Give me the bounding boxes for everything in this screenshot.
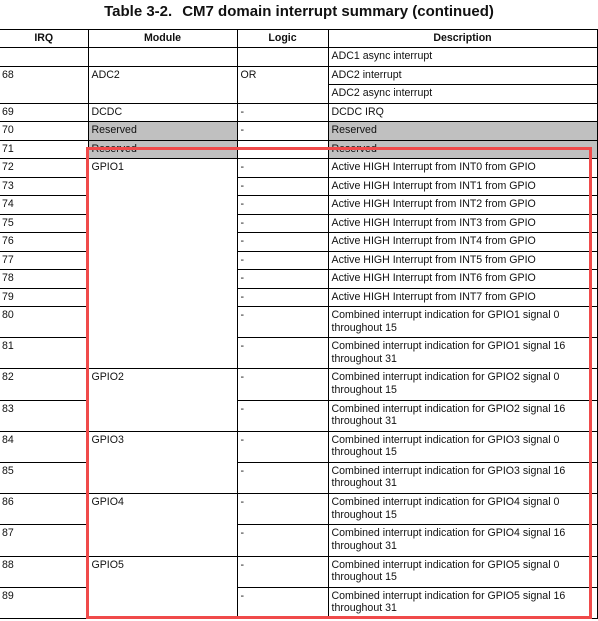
irq-cell: 71 bbox=[0, 140, 88, 159]
irq-cell bbox=[0, 48, 88, 67]
irq-cell: 83 bbox=[0, 400, 88, 431]
description-cell: Active HIGH Interrupt from INT7 from GPI… bbox=[328, 288, 597, 307]
description-cell: Active HIGH Interrupt from INT3 from GPI… bbox=[328, 214, 597, 233]
irq-cell: 85 bbox=[0, 462, 88, 493]
logic-cell: - bbox=[237, 196, 328, 215]
irq-cell: 80 bbox=[0, 307, 88, 338]
description-cell: Active HIGH Interrupt from INT1 from GPI… bbox=[328, 177, 597, 196]
logic-cell: - bbox=[237, 369, 328, 400]
irq-cell: 88 bbox=[0, 556, 88, 587]
description-cell: Reserved bbox=[328, 140, 597, 159]
logic-cell: - bbox=[237, 556, 328, 587]
description-cell: Active HIGH Interrupt from INT2 from GPI… bbox=[328, 196, 597, 215]
table-row: 84 GPIO3 - Combined interrupt indication… bbox=[0, 431, 597, 462]
description-cell: ADC2 async interrupt bbox=[328, 85, 597, 104]
table-row-reserved: 71 Reserved - Reserved bbox=[0, 140, 597, 159]
description-cell: Combined interrupt indication for GPIO2 … bbox=[328, 369, 597, 400]
description-cell: Active HIGH Interrupt from INT6 from GPI… bbox=[328, 270, 597, 289]
description-cell: Combined interrupt indication for GPIO3 … bbox=[328, 462, 597, 493]
table-row: 69 DCDC - DCDC IRQ bbox=[0, 103, 597, 122]
description-cell: Active HIGH Interrupt from INT0 from GPI… bbox=[328, 159, 597, 178]
logic-cell: - bbox=[237, 494, 328, 525]
logic-cell: - bbox=[237, 159, 328, 178]
description-cell: Combined interrupt indication for GPIO1 … bbox=[328, 307, 597, 338]
module-cell bbox=[88, 48, 237, 67]
table-row: 86 GPIO4 - Combined interrupt indication… bbox=[0, 494, 597, 525]
irq-cell: 81 bbox=[0, 338, 88, 369]
logic-cell: - bbox=[237, 122, 328, 141]
logic-cell: - bbox=[237, 462, 328, 493]
irq-cell: 78 bbox=[0, 270, 88, 289]
irq-cell: 76 bbox=[0, 233, 88, 252]
logic-cell: - bbox=[237, 103, 328, 122]
table-row: 68 ADC2 OR ADC2 interrupt bbox=[0, 66, 597, 85]
module-cell: GPIO1 bbox=[88, 159, 237, 369]
logic-cell: - bbox=[237, 338, 328, 369]
table-caption-title: CM7 domain interrupt summary (continued) bbox=[182, 3, 494, 20]
irq-cell: 69 bbox=[0, 103, 88, 122]
description-cell: Combined interrupt indication for GPIO3 … bbox=[328, 431, 597, 462]
module-cell: DCDC bbox=[88, 103, 237, 122]
module-cell: Reserved bbox=[88, 140, 237, 159]
logic-cell: - bbox=[237, 233, 328, 252]
logic-cell: - bbox=[237, 525, 328, 556]
description-cell: Combined interrupt indication for GPIO5 … bbox=[328, 556, 597, 587]
table-row: 82 GPIO2 - Combined interrupt indication… bbox=[0, 369, 597, 400]
logic-cell: - bbox=[237, 270, 328, 289]
description-cell: Combined interrupt indication for GPIO2 … bbox=[328, 400, 597, 431]
module-cell: GPIO2 bbox=[88, 369, 237, 431]
table-header-row: IRQ Module Logic Description bbox=[0, 30, 597, 48]
logic-cell: - bbox=[237, 400, 328, 431]
logic-cell: - bbox=[237, 251, 328, 270]
description-cell: DCDC IRQ bbox=[328, 103, 597, 122]
interrupt-summary-table: IRQ Module Logic Description ADC1 async … bbox=[0, 29, 598, 619]
description-cell: ADC2 interrupt bbox=[328, 66, 597, 85]
irq-cell: 75 bbox=[0, 214, 88, 233]
logic-cell: - bbox=[237, 140, 328, 159]
irq-cell: 89 bbox=[0, 587, 88, 618]
irq-cell: 84 bbox=[0, 431, 88, 462]
description-cell: Combined interrupt indication for GPIO1 … bbox=[328, 338, 597, 369]
table-row-reserved: 70 Reserved - Reserved bbox=[0, 122, 597, 141]
description-cell: Combined interrupt indication for GPIO4 … bbox=[328, 525, 597, 556]
irq-cell: 87 bbox=[0, 525, 88, 556]
header-logic: Logic bbox=[237, 30, 328, 48]
table-row: 88 GPIO5 - Combined interrupt indication… bbox=[0, 556, 597, 587]
irq-cell: 77 bbox=[0, 251, 88, 270]
table-caption: Table 3-2.CM7 domain interrupt summary (… bbox=[0, 3, 598, 20]
module-cell: GPIO5 bbox=[88, 556, 237, 618]
table-row: ADC1 async interrupt bbox=[0, 48, 597, 67]
irq-cell: 79 bbox=[0, 288, 88, 307]
logic-cell: - bbox=[237, 587, 328, 618]
header-description: Description bbox=[328, 30, 597, 48]
irq-cell: 86 bbox=[0, 494, 88, 525]
irq-cell: 82 bbox=[0, 369, 88, 400]
logic-cell: - bbox=[237, 288, 328, 307]
irq-cell: 72 bbox=[0, 159, 88, 178]
logic-cell: - bbox=[237, 177, 328, 196]
table-caption-number: Table 3-2. bbox=[104, 3, 172, 20]
logic-cell bbox=[237, 48, 328, 67]
module-cell: ADC2 bbox=[88, 66, 237, 103]
irq-cell: 73 bbox=[0, 177, 88, 196]
table-row: 72 GPIO1 - Active HIGH Interrupt from IN… bbox=[0, 159, 597, 178]
logic-cell: - bbox=[237, 307, 328, 338]
module-cell: Reserved bbox=[88, 122, 237, 141]
description-cell: Combined interrupt indication for GPIO5 … bbox=[328, 587, 597, 618]
description-cell: ADC1 async interrupt bbox=[328, 48, 597, 67]
header-module: Module bbox=[88, 30, 237, 48]
description-cell: Combined interrupt indication for GPIO4 … bbox=[328, 494, 597, 525]
module-cell: GPIO4 bbox=[88, 494, 237, 556]
logic-cell: - bbox=[237, 431, 328, 462]
irq-cell: 70 bbox=[0, 122, 88, 141]
module-cell: GPIO3 bbox=[88, 431, 237, 493]
logic-cell: OR bbox=[237, 66, 328, 103]
description-cell: Active HIGH Interrupt from INT4 from GPI… bbox=[328, 233, 597, 252]
description-cell: Active HIGH Interrupt from INT5 from GPI… bbox=[328, 251, 597, 270]
description-cell: Reserved bbox=[328, 122, 597, 141]
irq-cell: 68 bbox=[0, 66, 88, 103]
header-irq: IRQ bbox=[0, 30, 88, 48]
irq-cell: 74 bbox=[0, 196, 88, 215]
logic-cell: - bbox=[237, 214, 328, 233]
